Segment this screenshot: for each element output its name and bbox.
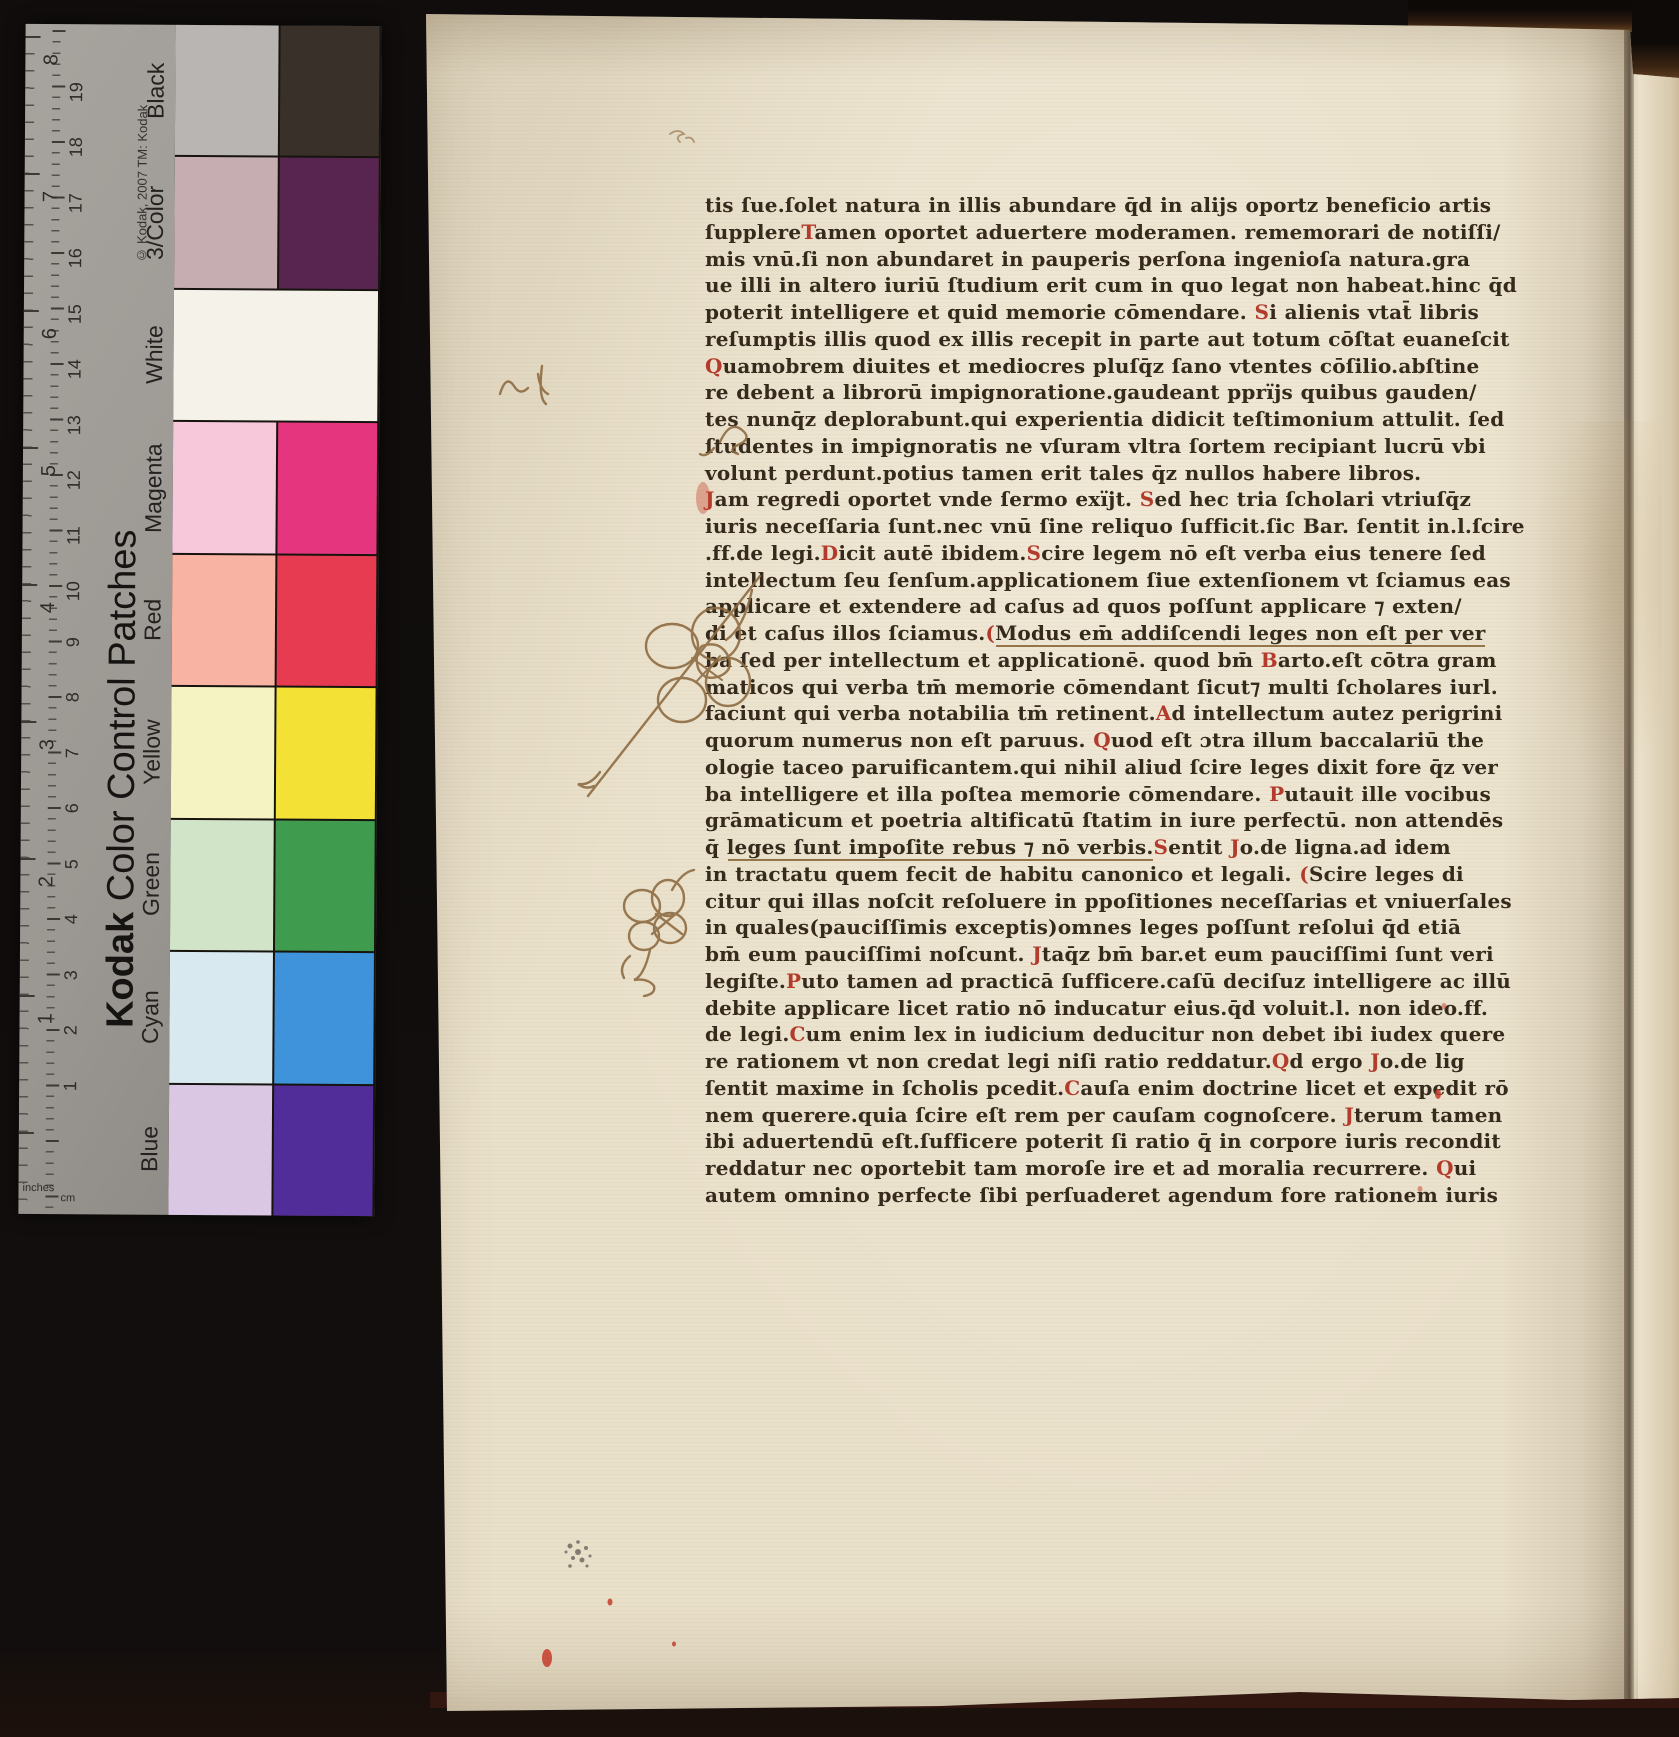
text-segment: terum tamen [1354,1103,1502,1127]
text-segment: i alienis vtat̄ libris [1269,300,1479,324]
text-line: re rationem vt non credat legi niſi rati… [705,1048,1511,1075]
text-line: .ff.de legi.Dicit autē ibidem.Scire lege… [705,540,1511,567]
text-segment: d ergo [1290,1049,1371,1073]
text-segment: ba ſed per intellectum et applicationē. … [705,648,1261,672]
text-line: legiſte.Puto tamen ad practicā ſufficere… [705,968,1511,995]
cyan-light-swatch [169,952,273,1083]
green-strong-swatch [275,820,375,951]
text-segment: applicare et extendere ad caſus ad quos … [705,594,1462,618]
text-line: ologie taceo paruificantem.qui nihil ali… [705,754,1511,781]
text-line: de legi.Cum enim lex in iudicium deducit… [705,1021,1511,1048]
text-segment: ſtudentes in impignoratis ne vſuram vltr… [705,434,1486,458]
text-line: Jam regredi oportet vnde ſermo exïjt. Se… [705,486,1511,513]
green-light-swatch [170,819,274,950]
ruler: inches cm 123456789101112131415161718191… [18,24,85,1214]
text-line: maticos qui verba tm̄ memorie cōmendant … [705,674,1511,701]
yellow-strong-swatch [276,688,376,819]
text-line: ſupplereTamen oportet aduertere moderame… [705,219,1511,246]
text-line: tis ſue.ſolet natura in illis abundare q… [705,192,1511,219]
text-segment: maticos qui verba tm̄ memorie cōmendant … [705,675,1498,699]
text-segment: amen oportet aduertere moderamen. rememo… [814,220,1500,244]
text-segment: ſupplere [705,220,801,244]
ruler-cm-number: 1 [60,1081,81,1091]
text-line: ba ſed per intellectum et applicationē. … [705,647,1511,674]
text-line: ba intelligere et illa poſtea memorie cō… [705,781,1511,808]
rubricated-initial: J [1344,1103,1354,1127]
ruler-inch-number: 7 [40,191,63,202]
rubricated-initial: Q [1272,1049,1290,1073]
ruler-cm-number: 15 [65,304,86,324]
3-color-strong-swatch [279,158,379,289]
yellow-light-swatch [171,687,275,818]
magenta-strong-swatch [277,423,377,554]
ruler-cm-number: 2 [60,1025,81,1035]
text-segment: ui [1454,1156,1477,1180]
patch-label-magenta: Magenta [134,421,173,553]
text-segment: ed hec tria ſcholari vtriuſq̄z [1154,487,1471,511]
rubricated-initial: B [1261,648,1278,672]
magenta-light-swatch [172,422,276,553]
page-crease [1624,28,1638,1718]
ruler-cm-number: 13 [64,415,85,435]
text-line: tes nunq̄z deplorabunt.qui experientia d… [705,406,1511,433]
text-line: mis vnū.ſi non abundaret in pauperis per… [705,246,1511,273]
text-segment: arto.eſt cōtra gram [1278,648,1497,672]
rubricated-initial: P [1269,782,1284,806]
ruler-inch-unit-label: inches [22,1182,54,1194]
text-segment: di et caſus illos ſciamus. [705,621,985,645]
rubricated-initial: S [1154,835,1169,859]
patch-label-white: White [135,289,174,421]
rubricated-initial: S [1027,541,1042,565]
rubricated-initial: ( [1299,862,1309,886]
ruler-cm-number: 16 [65,248,86,268]
text-segment: volunt perdunt.potius tamen erit tales q… [705,461,1421,485]
black-light-swatch [175,25,279,156]
text-segment: reddatur nec oportebit tam moroſe ire et… [705,1156,1436,1180]
text-line: ibi aduertendū eſt.ſufficere poterit ſi … [705,1128,1511,1155]
text-segment: ſentit maxime in ſcholis pcedit. [705,1076,1064,1100]
text-segment: d intellectum autez perigrini [1171,701,1502,725]
text-segment: de legi. [705,1022,790,1046]
text-segment: tis ſue.ſolet natura in illis abundare q… [705,193,1491,217]
text-segment: legiſte. [705,969,786,993]
ruler-inch-number: 1 [35,1013,58,1024]
patch-label-blue: Blue [130,1082,169,1214]
ruler-cm-number: 14 [64,359,85,379]
rubricated-initial: A [1156,701,1172,725]
text-segment: in tractatu quem fecit de habitu canonic… [705,862,1299,886]
blue-light-swatch [168,1084,272,1215]
ruler-inch-number: 5 [38,465,61,476]
color-patch-grid [168,25,381,1216]
text-segment: re debent a librorū impignoratione.gaude… [705,380,1477,404]
text-line: q̄ leges ſunt impoſite rebus ⁊ nō verbis… [705,834,1511,861]
text-segment: iuris neceſſaria ſunt.nec vnū ſine reliq… [705,514,1525,538]
text-segment: quorum numerus non eſt paruus. [705,728,1093,752]
flower-doodle-lower [622,870,694,996]
manuscript-page: tis ſue.ſolet natura in illis abundare q… [420,6,1679,1723]
3-color-light-swatch [174,157,278,288]
text-line: reſumptis illis quod ex illis recepit in… [705,326,1511,353]
text-segment: uto tamen ad practicā ſufficere.caſū dec… [801,969,1511,993]
rubricated-initial: S [1255,300,1270,324]
text-segment: uod eſt ɔtra illum baccalariū the [1111,728,1484,752]
text-line: debite applicare licet ratio nō inducatu… [705,995,1511,1022]
text-line: iuris neceſſaria ſunt.nec vnū ſine reliq… [705,513,1511,540]
text-segment: debite applicare licet ratio nō inducatu… [705,996,1488,1020]
ruler-inch-number: 6 [39,328,62,339]
rubricated-initial: C [790,1022,806,1046]
latin-text-block: tis ſue.ſolet natura in illis abundare q… [705,192,1511,1209]
text-segment: bm̄ eum pauciſſimi noſcunt. [705,942,1032,966]
text-line: nem querere.quia ſcire eſt rem per cauſa… [705,1102,1511,1129]
text-segment: tes nunq̄z deplorabunt.qui experientia d… [705,407,1504,431]
ruler-inch-number: 2 [35,876,58,887]
text-line: ſentit maxime in ſcholis pcedit.Cauſa en… [705,1075,1511,1102]
text-segment: intellectum ſeu ſenſum.applicationem ſiu… [705,568,1511,592]
text-segment: uamobrem diuites et mediocres pluſq̄z ſa… [723,354,1480,378]
rubricated-initial: J [705,487,715,511]
white-swatch [173,290,378,422]
text-segment: Modus em̄ addiſcendi leges non eſt per v… [995,621,1485,645]
text-segment: nem querere.quia ſcire eſt rem per cauſa… [705,1103,1344,1127]
text-segment: ibi aduertendū eſt.ſufficere poterit ſi … [705,1129,1501,1153]
text-segment: ologie taceo paruificantem.qui nihil ali… [705,755,1498,779]
nota-mark [500,366,548,404]
red-light-swatch [172,555,276,686]
ruler-inch-number: 4 [37,602,60,613]
text-segment: auſa enim doctrine licet et expedit rō [1080,1076,1508,1100]
text-segment: um enim lex in iudicium deducitur non de… [806,1022,1506,1046]
text-segment: utauit ille vocibus [1284,782,1491,806]
text-line: faciunt qui verba notabilia tm̄ retinent… [705,700,1511,727]
ruler-cm-number: 6 [62,803,83,813]
ruler-cm-number: 18 [66,137,87,157]
rubricated-initial: J [1370,1049,1380,1073]
text-segment: ue illi in altero iuriū ſtudium erit cum… [705,273,1517,297]
text-segment: taq̄z bm̄ bar.et eum pauciſſimi ſunt ver… [1042,942,1494,966]
patch-label-red: Red [134,553,173,685]
text-segment: re rationem vt non credat legi niſi rati… [705,1049,1272,1073]
ink-blot [565,1540,592,1568]
text-segment: entit [1168,835,1230,859]
rubricated-initial: ( [985,621,995,645]
kodak-color-card: inches cm 123456789101112131415161718191… [18,24,381,1216]
text-segment: q̄ [705,835,727,859]
text-line: citur qui illas noſcit reſoluere in ppoſ… [705,888,1511,915]
page-corner-shadow [1632,0,1679,78]
blue-strong-swatch [273,1085,373,1216]
rubricated-initial: J [1032,942,1042,966]
rubricated-initial: Q [1436,1156,1454,1180]
ruler-cm-number: 8 [62,692,83,702]
ruler-cm-number: 19 [66,82,87,102]
rubricated-initial: C [1064,1076,1080,1100]
text-line: in tractatu quem fecit de habitu canonic… [705,861,1511,888]
text-line: ſtudentes in impignoratis ne vſuram vltr… [705,433,1511,460]
text-segment: citur qui illas noſcit reſoluere in ppoſ… [705,889,1512,913]
ruler-cm-number: 7 [62,748,83,758]
text-line: re debent a librorū impignoratione.gaude… [705,379,1511,406]
text-line: Quamobrem diuites et mediocres pluſq̄z ſ… [705,353,1511,380]
page-stain [1532,421,1662,791]
text-segment: o.de lig [1380,1049,1465,1073]
photograph-scene: inches cm 123456789101112131415161718191… [0,0,1679,1737]
text-line: intellectum ſeu ſenſum.applicationem ſiu… [705,567,1511,594]
text-segment: cire legem nō eſt verba eius tenere ſed [1041,541,1486,565]
rubricated-initial: S [1140,487,1155,511]
page-fore-edge [1638,72,1679,1718]
ruler-cm-number: 3 [61,970,82,980]
ruler-cm-number: 9 [63,637,84,647]
text-line: bm̄ eum pauciſſimi noſcunt. Jtaq̄z bm̄ b… [705,941,1511,968]
ruler-inch-number: 3 [36,739,59,750]
text-segment: in quales(pauciſſimis exceptis)omnes leg… [705,915,1461,939]
text-segment: faciunt qui verba notabilia tm̄ retinent… [705,701,1156,725]
text-segment: am regredi oportet vnde ſermo exïjt. [715,487,1140,511]
patch-label-green: Green [132,818,171,950]
red-strong-swatch [277,555,377,686]
rubricated-initial: Q [705,354,723,378]
text-segment: leges ſunt impoſite rebus ⁊ nō verbis. [727,835,1154,859]
ruler-cm-number: 11 [63,526,84,545]
text-segment: .ff.de legi. [705,541,821,565]
text-line: quorum numerus non eſt paruus. Quod eſt … [705,727,1511,754]
text-line: reddatur nec oportebit tam moroſe ire et… [705,1155,1511,1182]
text-segment: poterit intelligere et quid memorie cōme… [705,300,1255,324]
text-segment: ba intelligere et illa poſtea memorie cō… [705,782,1269,806]
ruler-cm-number: 12 [64,470,85,490]
text-line: grāmaticum et poetria altificatū ſtatim … [705,807,1511,834]
rubricated-initial: P [786,969,801,993]
ruler-cm-number: 5 [61,859,82,869]
text-segment: reſumptis illis quod ex illis recepit in… [705,327,1510,351]
rubricated-initial: J [1230,835,1240,859]
text-line: in quales(pauciſſimis exceptis)omnes leg… [705,914,1511,941]
text-line: di et caſus illos ſciamus.(Modus em̄ add… [705,620,1511,647]
patch-label-cyan: Cyan [131,950,170,1082]
text-segment: autem omnino perfecte ſibi perſuaderet a… [705,1183,1498,1207]
ruler-inch-number: 8 [40,54,63,65]
text-line: autem omnino perfecte ſibi perſuaderet a… [705,1182,1511,1209]
black-strong-swatch [280,25,380,156]
patch-label-3-color: 3/Color [136,157,175,289]
ruler-cm-number: 4 [61,914,82,924]
patch-label-yellow: Yellow [133,686,172,818]
text-segment: mis vnū.ſi non abundaret in pauperis per… [705,247,1470,271]
ink-scribble [670,131,694,142]
rubricated-initial: T [801,220,814,244]
text-line: applicare et extendere ad caſus ad quos … [705,593,1511,620]
text-line: volunt perdunt.potius tamen erit tales q… [705,460,1511,487]
ruler-cm-unit-label: cm [60,1192,75,1204]
text-line: ue illi in altero iuriū ſtudium erit cum… [705,272,1511,299]
ruler-cm-number: 10 [63,581,84,601]
text-segment: Scire leges di [1309,862,1464,886]
page-fold-shading [1500,26,1634,1716]
text-segment: grāmaticum et poetria altificatū ſtatim … [705,808,1503,832]
rubricated-initial: D [821,541,839,565]
text-line: poterit intelligere et quid memorie cōme… [705,299,1511,326]
patch-label-black: Black [137,25,176,157]
cyan-strong-swatch [274,953,374,1084]
rubricated-initial: Q [1093,728,1111,752]
text-segment: icit autē ibidem. [838,541,1026,565]
ruler-cm-number: 17 [65,193,86,213]
text-segment: o.de ligna.ad idem [1240,835,1451,859]
